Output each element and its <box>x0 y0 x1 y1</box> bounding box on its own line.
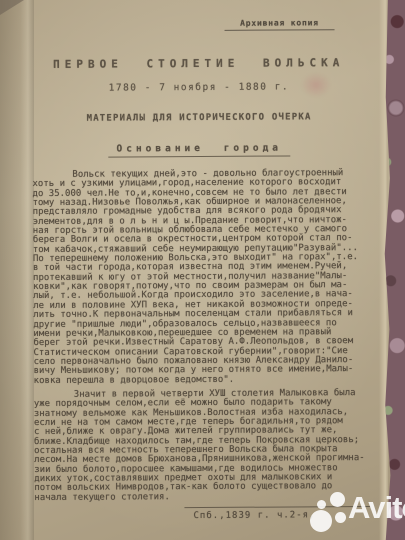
body-paragraph-2: Значит в первой четверти ХУШ столетия Ма… <box>34 389 393 503</box>
section-heading-row: Основание города <box>19 135 379 158</box>
avito-logo-icon <box>335 512 346 523</box>
section-heading: Основание города <box>108 142 290 157</box>
document-photo: Архивная копия ПЕРВОЕ СТОЛЕТИЕ ВОЛЬСКА 1… <box>0 0 405 540</box>
avito-logo-icon <box>310 510 332 532</box>
avito-logo-icon <box>330 492 345 507</box>
archival-copy-stamp: Архивная копия <box>224 18 334 31</box>
avito-watermark: Avito <box>302 487 405 537</box>
imprint-line: Спб.,1839 г. ч.2-я, <box>193 510 315 521</box>
page-title: ПЕРВОЕ СТОЛЕТИЕ ВОЛЬСКА <box>19 56 379 71</box>
subtitle: МАТЕРИАЛЫ ДЛЯ ИСТОРИЧЕСКОГО ОЧЕРКА <box>19 112 379 124</box>
body-text: Вольск текущих дней,это - довольно благо… <box>32 169 392 503</box>
body-paragraph-1: Вольск текущих дней,это - довольно благо… <box>32 169 391 386</box>
avito-logo-icon <box>317 500 326 509</box>
typed-page: Архивная копия ПЕРВОЕ СТОЛЕТИЕ ВОЛЬСКА 1… <box>0 0 405 540</box>
avito-wordmark: Avito <box>348 490 405 526</box>
date-line: 1780 - 7 ноября - 1880 г. <box>19 81 379 94</box>
